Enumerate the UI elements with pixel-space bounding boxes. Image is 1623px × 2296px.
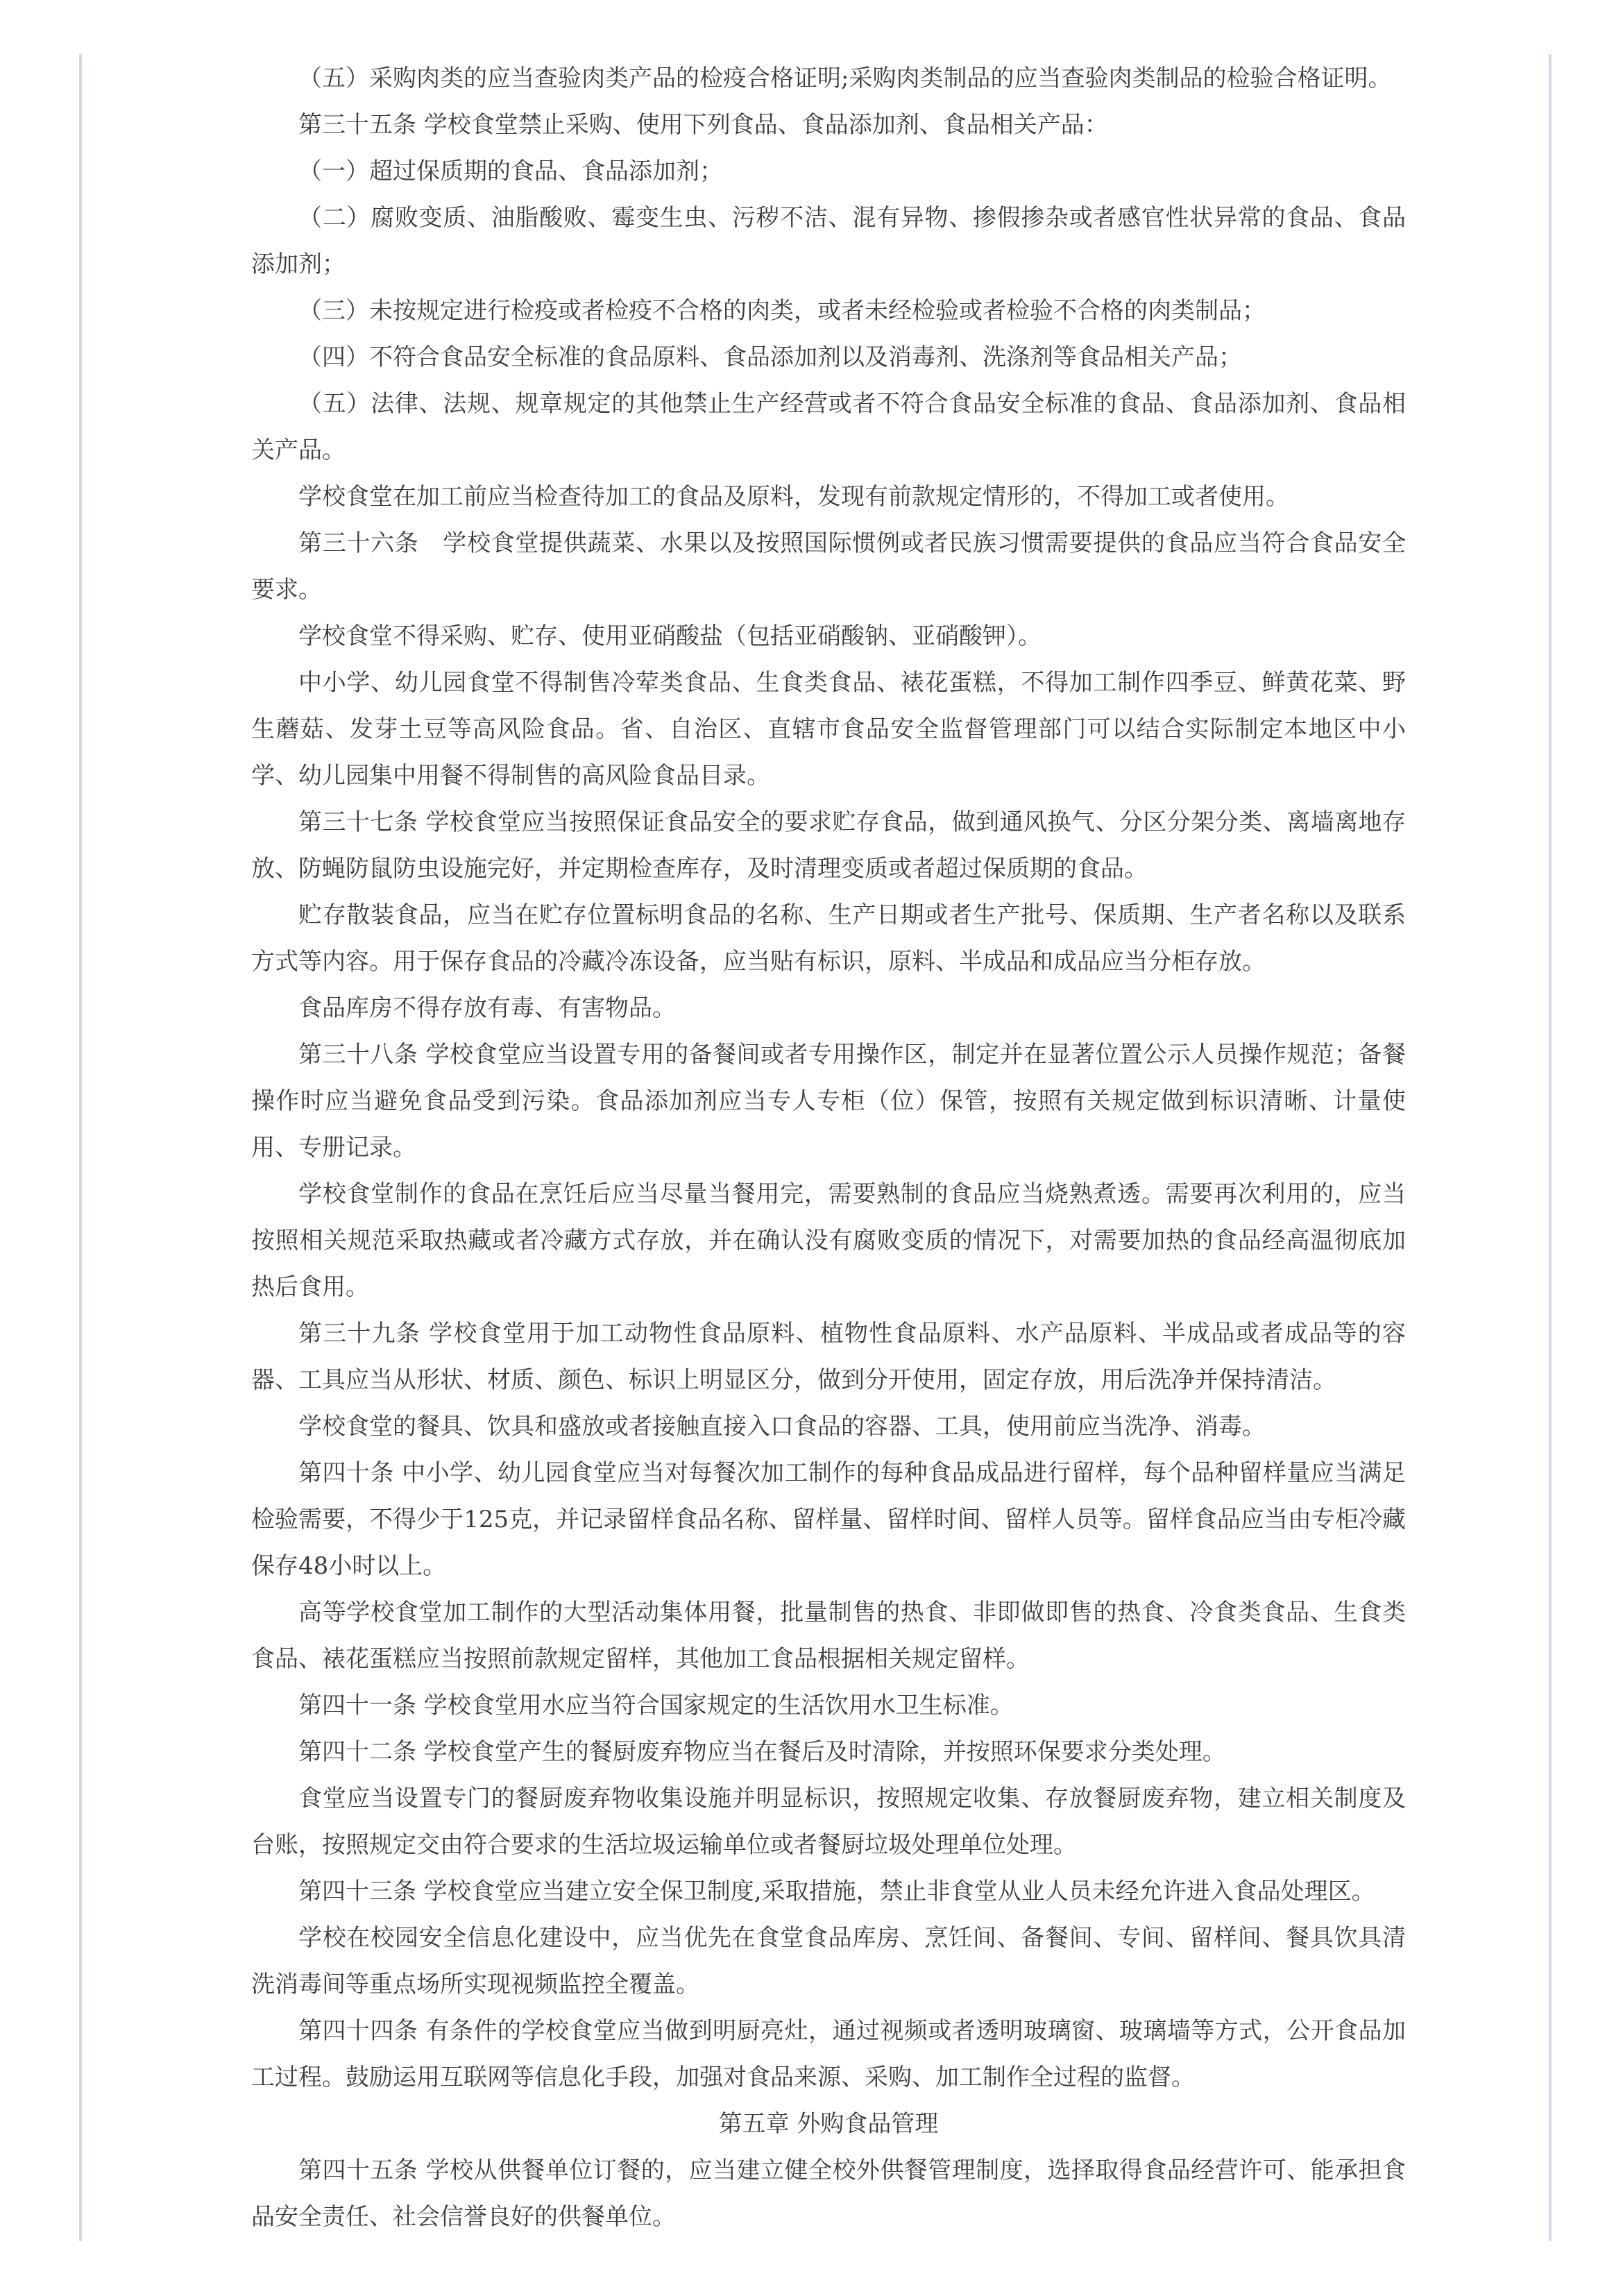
paragraph: （二）腐败变质、油脂酸败、霉变生虫、污秽不洁、混有异物、掺假掺杂或者感官性状异常… [251,195,1406,288]
paragraph: 第三十八条 学校食堂应当设置专用的备餐间或者专用操作区，制定并在显著位置公示人员… [251,1032,1406,1171]
paragraph: （四）不符合食品安全标准的食品原料、食品添加剂以及消毒剂、洗涤剂等食品相关产品； [251,334,1406,381]
document-page: （五）采购肉类的应当查验肉类产品的检疫合格证明;采购肉类制品的应当查验肉类制品的… [79,54,1552,2241]
paragraph: （一）超过保质期的食品、食品添加剂； [251,148,1406,195]
paragraph: 学校在校园安全信息化建设中，应当优先在食堂食品库房、烹饪间、备餐间、专间、留样间… [251,1915,1406,2008]
paragraph: 第四十三条 学校食堂应当建立安全保卫制度,采取措施，禁止非食堂从业人员未经允许进… [251,1869,1406,1915]
paragraph: 第四十条 中小学、幼儿园食堂应当对每餐次加工制作的每种食品成品进行留样，每个品种… [251,1450,1406,1590]
paragraph: 第四十二条 学校食堂产生的餐厨废弃物应当在餐后及时清除，并按照环保要求分类处理。 [251,1729,1406,1776]
paragraph: 学校食堂在加工前应当检查待加工的食品及原料，发现有前款规定情形的，不得加工或者使… [251,474,1406,520]
paragraph: 学校食堂的餐具、饮具和盛放或者接触直接入口食品的容器、工具，使用前应当洗净、消毒… [251,1404,1406,1450]
paragraph: 第三十九条 学校食堂用于加工动物性食品原料、植物性食品原料、水产品原料、半成品或… [251,1311,1406,1404]
paragraph: 高等学校食堂加工制作的大型活动集体用餐，批量制售的热食、非即做即售的热食、冷食类… [251,1590,1406,1683]
paragraph: 第三十六条 学校食堂提供蔬菜、水果以及按照国际惯例或者民族习惯需要提供的食品应当… [251,520,1406,613]
chapter-heading: 第五章 外购食品管理 [251,2101,1406,2148]
paragraph: 第三十五条 学校食堂禁止采购、使用下列食品、食品添加剂、食品相关产品： [251,102,1406,148]
paragraph: 学校食堂制作的食品在烹饪后应当尽量当餐用完，需要熟制的食品应当烧熟煮透。需要再次… [251,1171,1406,1311]
paragraph: 食品库房不得存放有毒、有害物品。 [251,985,1406,1032]
paragraph: （五）法律、法规、规章规定的其他禁止生产经营或者不符合食品安全标准的食品、食品添… [251,381,1406,474]
paragraph: 食堂应当设置专门的餐厨废弃物收集设施并明显标识，按照规定收集、存放餐厨废弃物，建… [251,1776,1406,1869]
document-body: （五）采购肉类的应当查验肉类产品的检疫合格证明;采购肉类制品的应当查验肉类制品的… [82,54,1549,2241]
paragraph: 第四十五条 学校从供餐单位订餐的，应当建立健全校外供餐管理制度，选择取得食品经营… [251,2148,1406,2240]
paragraph: 第四十一条 学校食堂用水应当符合国家规定的生活饮用水卫生标准。 [251,1683,1406,1729]
paragraph: 学校食堂不得采购、贮存、使用亚硝酸盐（包括亚硝酸钠、亚硝酸钾）。 [251,613,1406,660]
paragraph: （三）未按规定进行检疫或者检疫不合格的肉类，或者未经检验或者检验不合格的肉类制品… [251,288,1406,334]
paragraph: （五）采购肉类的应当查验肉类产品的检疫合格证明;采购肉类制品的应当查验肉类制品的… [251,56,1406,102]
paragraph: 第三十七条 学校食堂应当按照保证食品安全的要求贮存食品，做到通风换气、分区分架分… [251,799,1406,892]
paragraph: 中小学、幼儿园食堂不得制售冷荤类食品、生食类食品、裱花蛋糕，不得加工制作四季豆、… [251,660,1406,799]
paragraph: 第四十四条 有条件的学校食堂应当做到明厨亮灶，通过视频或者透明玻璃窗、玻璃墙等方… [251,2008,1406,2101]
paragraph: 贮存散装食品，应当在贮存位置标明食品的名称、生产日期或者生产批号、保质期、生产者… [251,892,1406,985]
